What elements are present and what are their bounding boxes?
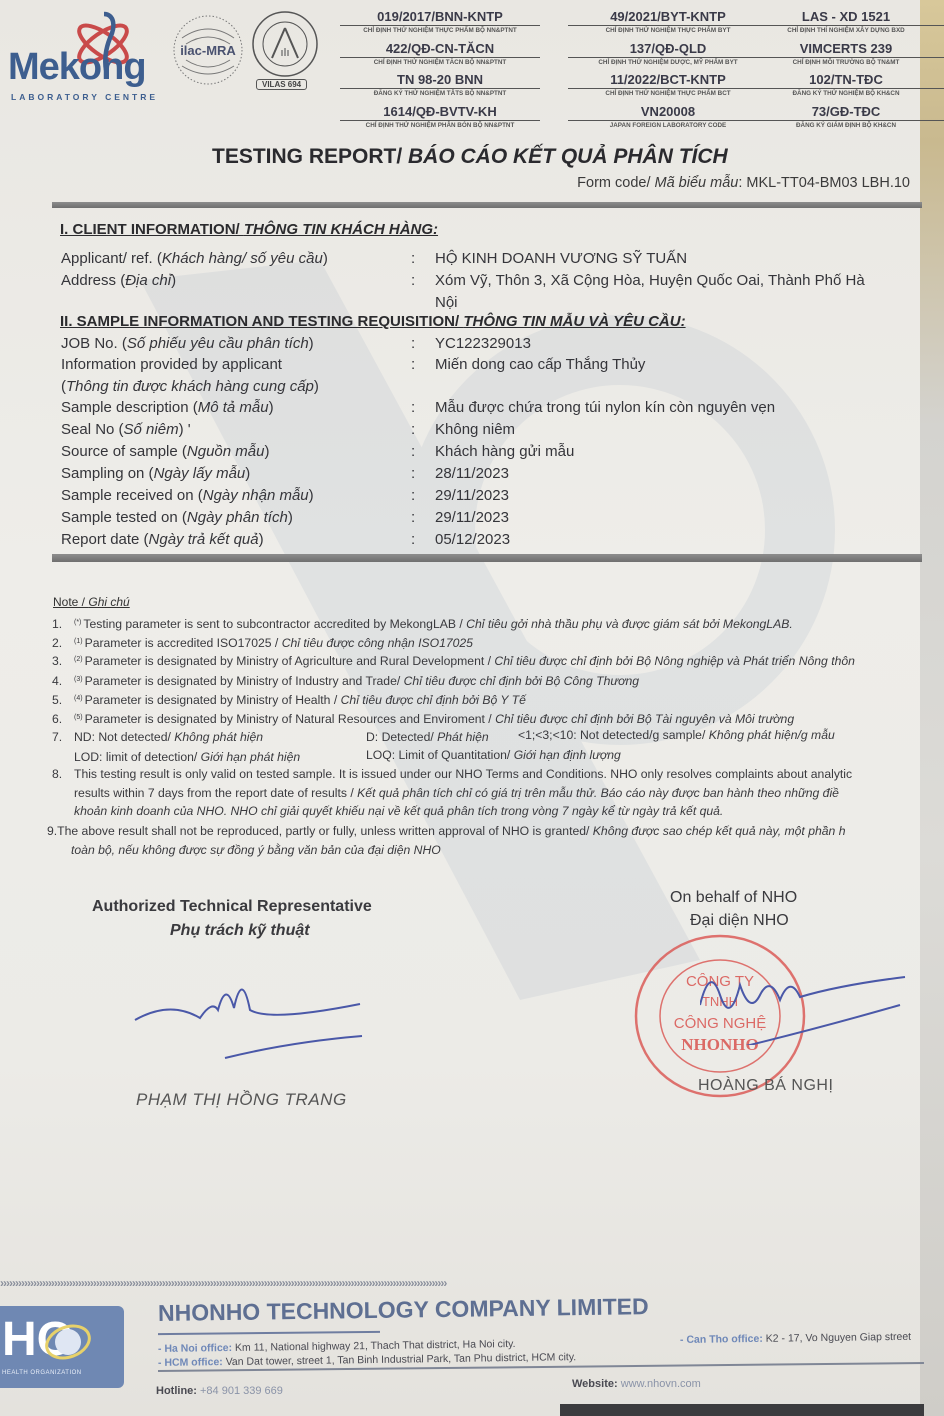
representative-title: On behalf of NHO <box>670 889 797 907</box>
address-row: Address (Địa chỉ) :Xóm Vỹ, Thôn 3, Xã Cộ… <box>61 272 176 289</box>
logo-subtitle: LABORATORY CENTRE <box>11 92 158 102</box>
representative-subtitle: Đại diện NHO <box>690 912 789 930</box>
ilac-mra-icon: ilac-MRA <box>172 14 244 86</box>
applicant-value: HỘ KINH DOANH VƯƠNG SỸ TUẤN <box>435 250 687 267</box>
job-no-row: JOB No. (Số phiếu yêu cầu phân tích) :YC… <box>61 335 314 352</box>
technical-rep-name: PHẠM THỊ HỒNG TRANG <box>136 1090 347 1110</box>
bottom-shadow <box>560 1404 924 1416</box>
vilas-badge: VILAS 694 <box>256 79 307 90</box>
cert-item: 102/TN-TĐCĐĂNG KÝ THỬ NGHIỆM BỘ KH&CN <box>748 73 944 98</box>
cantho-office: - Can Tho office: K2 - 17, Vo Nguyen Gia… <box>680 1331 911 1346</box>
globe-icon <box>42 1320 92 1364</box>
info-provided-row-vi: (Thông tin được khách hàng cung cấp) <box>61 378 319 395</box>
logo-wordmark: Mekong <box>8 46 146 89</box>
note-item: 4.(3)Parameter is designated by Ministry… <box>52 674 639 688</box>
sample-description-row: Sample description (Mô tả mẫu) :Mẫu được… <box>61 399 274 416</box>
sample-info-heading: II. SAMPLE INFORMATION AND TESTING REQUI… <box>60 313 686 330</box>
cert-item: 11/2022/BCT-KNTPCHỈ ĐỊNH THỬ NGHIỆM THỰC… <box>568 73 768 98</box>
signature-right-icon <box>700 965 920 1045</box>
address-value: Xóm Vỹ, Thôn 3, Xã Cộng Hòa, Huyện Quốc … <box>435 272 865 289</box>
applicant-row: Applicant/ ref. (Khách hàng/ số yêu cầu)… <box>61 250 328 267</box>
client-info-heading: I. CLIENT INFORMATION/ THÔNG TIN KHÁCH H… <box>60 221 438 238</box>
notes-heading: Note / Ghi chú <box>53 595 130 609</box>
note-detected: D: Detected/ Phát hiện <box>366 730 489 744</box>
divider <box>52 202 922 208</box>
cert-item: VIMCERTS 239CHỈ ĐỊNH MÔI TRƯỜNG BỘ TN&MT <box>748 42 944 67</box>
note-loq: LOQ: Limit of Quantitation/ Giới hạn địn… <box>366 748 621 762</box>
note-item-9: 9.The above result shall not be reproduc… <box>47 824 845 838</box>
footer-chevron-divider: ››››››››››››››››››››››››››››››››››››››››… <box>0 1276 924 1290</box>
sampling-date-row: Sampling on (Ngày lấy mẫu) :28/11/2023 <box>61 465 250 482</box>
technical-rep-title: Authorized Technical Representative <box>92 898 372 916</box>
note-item-8-cont: results within 7 days from the report da… <box>74 786 839 800</box>
cert-item: VN20008JAPAN FOREIGN LABORATORY CODE <box>568 105 768 130</box>
received-date-row: Sample received on (Ngày nhận mẫu) :29/1… <box>61 487 314 504</box>
nho-logo: HO HEALTH ORGANIZATION <box>0 1306 124 1388</box>
source-row: Source of sample (Nguồn mẫu) :Khách hàng… <box>61 443 269 460</box>
company-underline <box>158 1331 380 1335</box>
hotline: Hotline: +84 901 339 669 <box>156 1385 283 1397</box>
cert-item: LAS - XD 1521CHỈ ĐỊNH THÍ NGHIỆM XÂY DỰN… <box>748 10 944 35</box>
note-limit: <1;<3;<10: Not detected/g sample/ Không … <box>518 728 835 742</box>
divider <box>52 554 922 562</box>
note-item: 3.(2)Parameter is designated by Ministry… <box>52 654 855 668</box>
note-item: 5.(4)Parameter is designated by Ministry… <box>52 693 526 707</box>
report-title: TESTING REPORT/ BÁO CÁO KẾT QUẢ PHÂN TÍC… <box>212 145 728 169</box>
note-item-7: 7.ND: Not detected/ Không phát hiện <box>52 730 263 744</box>
tested-date-row: Sample tested on (Ngày phân tích) :29/11… <box>61 509 293 526</box>
cert-item: 137/QĐ-QLDCHỈ ĐỊNH THỬ NGHIỆM DƯỢC, MỸ P… <box>568 42 768 67</box>
company-name: NHONHO TECHNOLOGY COMPANY LIMITED <box>158 1293 649 1327</box>
bureau-accreditation-icon <box>250 10 320 82</box>
note-lod: LOD: limit of detection/ Giới hạn phát h… <box>74 750 300 764</box>
form-code: Form code/ Mã biểu mẫu: MKL-TT04-BM03 LB… <box>577 175 910 191</box>
svg-text:ilac-MRA: ilac-MRA <box>180 43 236 58</box>
cert-item: 73/GĐ-TĐCĐĂNG KÝ GIÁM ĐỊNH BỘ KH&CN <box>748 105 944 130</box>
note-item: 6.(5)Parameter is designated by Ministry… <box>52 712 794 726</box>
cert-item: 019/2017/BNN-KNTPCHỈ ĐỊNH THỬ NGHIỆM THỰ… <box>340 10 540 35</box>
cert-item: 422/QĐ-CN-TĂCNCHỈ ĐỊNH THỬ NGHIỆM TĂCN B… <box>340 42 540 67</box>
seal-no-row: Seal No (Số niêm) ' :Không niêm <box>61 421 191 438</box>
cert-item: TN 98-20 BNNĐĂNG KÝ THỬ NGHIỆM TÂTS BỘ N… <box>340 73 540 98</box>
testing-report-page: Mekong LABORATORY CENTRE ilac-MRA VILAS … <box>0 0 924 1416</box>
report-date-row: Report date (Ngày trả kết quả) :05/12/20… <box>61 531 264 548</box>
note-item-9-cont: toàn bộ, nếu không được sự đồng ý bằng v… <box>71 843 441 857</box>
note-item: 1.(*)Testing parameter is sent to subcon… <box>52 617 793 631</box>
cert-item: 49/2021/BYT-KNTPCHỈ ĐỊNH THỬ NGHIỆM THỰC… <box>568 10 768 35</box>
note-item-8: 8.This testing result is only valid on t… <box>52 767 852 781</box>
representative-name: HOÀNG BÁ NGHỊ <box>698 1077 833 1095</box>
website-link[interactable]: Website: www.nhovn.com <box>572 1378 701 1390</box>
technical-rep-subtitle: Phụ trách kỹ thuật <box>170 922 310 940</box>
info-provided-row: Information provided by applicant :Miến … <box>61 356 282 373</box>
note-item: 2.(1)Parameter is accredited ISO17025 / … <box>52 636 473 650</box>
cert-item: 1614/QĐ-BVTV-KHCHỈ ĐỊNH THỬ NGHIỆM PHÂN … <box>340 105 540 130</box>
mekong-logo: Mekong LABORATORY CENTRE <box>8 8 168 98</box>
signature-left-icon <box>130 960 380 1070</box>
note-item-8-cont: khoản kinh doanh của NHO. NHO chỉ giải q… <box>74 804 723 818</box>
